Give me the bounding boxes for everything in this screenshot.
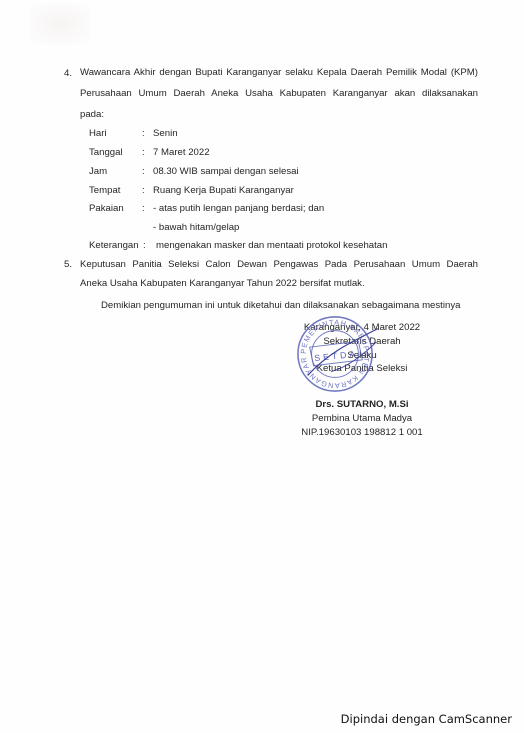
detail-label: Tanggal bbox=[89, 147, 123, 158]
signature-rank: Pembina Utama Madya bbox=[290, 413, 434, 424]
detail-colon: : bbox=[142, 203, 145, 214]
item-5-number: 5. bbox=[64, 259, 72, 270]
item-5-line-1: Keputusan Panitia Seleksi Calon Dewan Pe… bbox=[80, 259, 478, 270]
item-4-line-1: Wawancara Akhir dengan Bupati Karanganya… bbox=[80, 67, 478, 78]
detail-colon: : bbox=[142, 185, 145, 196]
official-stamp-icon: PEMERINTAH KABUPATEN KARANGANYAR SETDA bbox=[287, 315, 383, 393]
keterangan-label: Keterangan bbox=[89, 240, 139, 251]
keterangan-colon: : bbox=[143, 240, 146, 251]
detail-label: Hari bbox=[89, 128, 107, 139]
scan-smudge bbox=[30, 4, 90, 44]
item-4-number: 4. bbox=[64, 68, 72, 79]
detail-colon: : bbox=[142, 166, 145, 177]
signature-name: Drs. SUTARNO, M.Si bbox=[290, 399, 434, 410]
signature-nip: NIP.19630103 198812 1 001 bbox=[290, 427, 434, 438]
detail-colon: : bbox=[142, 128, 145, 139]
detail-value: 08.30 WIB sampai dengan selesai bbox=[153, 166, 299, 177]
camscanner-watermark: Dipindai dengan CamScanner bbox=[341, 712, 512, 726]
item-4-line-2: Perusahaan Umum Daerah Aneka Usaha Kabup… bbox=[80, 88, 478, 99]
pakaian-line-2: - bawah hitam/gelap bbox=[153, 222, 239, 233]
scanned-page: 4. Wawancara Akhir dengan Bupati Karanga… bbox=[0, 0, 524, 733]
detail-value: Ruang Kerja Bupati Karanganyar bbox=[153, 185, 294, 196]
item-4-line-3: pada: bbox=[80, 109, 104, 120]
detail-value: - atas putih lengan panjang berdasi; dan bbox=[153, 203, 324, 214]
detail-label: Pakaian bbox=[89, 203, 124, 214]
item-5-line-2: Aneka Usaha Kabupaten Karanganyar Tahun … bbox=[80, 278, 365, 289]
detail-label: Jam bbox=[89, 166, 107, 177]
keterangan-value: mengenakan masker dan mentaati protokol … bbox=[156, 240, 387, 251]
closing-statement: Demikian pengumuman ini untuk diketahui … bbox=[101, 300, 460, 311]
detail-value: 7 Maret 2022 bbox=[153, 147, 210, 158]
detail-colon: : bbox=[142, 147, 145, 158]
detail-value: Senin bbox=[153, 128, 178, 139]
detail-label: Tempat bbox=[89, 185, 120, 196]
